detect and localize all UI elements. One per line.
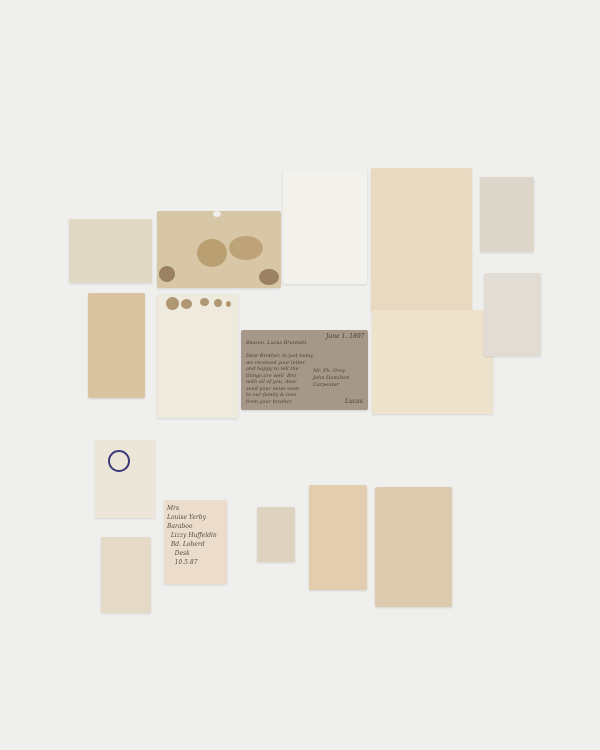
postcard-body: Bassen, Lucas Brunnett Dear Brother, Is … <box>246 340 313 405</box>
postcard-address: Mr. Ph. Grey John Hamilton Carpenter <box>313 368 350 389</box>
stamped-card-overlay <box>95 440 155 518</box>
paper-card <box>372 310 493 414</box>
handwritten-postcard-overlay: June 1. 1897 Bassen, Lucas Brunnett Dear… <box>241 330 368 410</box>
note-text: Mrs Louise Yerby Baraboo Lizzy Huffeldin… <box>167 504 217 567</box>
paper-card <box>309 485 367 590</box>
paper-card <box>257 507 295 562</box>
card-spotted-overlay <box>157 294 238 418</box>
studio-stamp-icon <box>108 450 130 472</box>
paper-card <box>371 168 472 312</box>
paper-card <box>484 273 541 356</box>
paper-card <box>375 487 452 607</box>
card-stained-postcard-overlay <box>157 211 281 288</box>
paper-card <box>101 537 151 613</box>
paper-card <box>480 177 534 252</box>
postcard-date: June 1. 1897 <box>326 333 365 341</box>
paper-card <box>69 219 152 283</box>
paper-card <box>88 293 145 398</box>
postcard-signature: Lucas <box>345 398 363 406</box>
note-card-overlay: Mrs Louise Yerby Baraboo Lizzy Huffeldin… <box>164 500 227 584</box>
paper-card <box>283 169 367 284</box>
